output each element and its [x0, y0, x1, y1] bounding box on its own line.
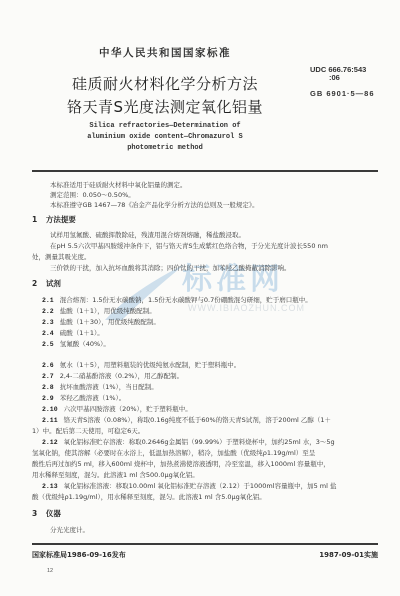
reagent-item: 2.72,4-二硝基酚溶液（0.2%），用乙醇配制。 — [32, 371, 183, 380]
reagent-item: 2.12氧化铝标准贮存溶液：称取0.2646g金属铝（99.99%）于塑料烧杯中… — [32, 437, 335, 446]
reagent-item-continuation: 酸性后再过加约5 ml，移入600ml 烧杯中，加热煮沸使溶液透明，冷至室温，移… — [32, 459, 330, 468]
section-1-p2b: 处，测量其吸光度。 — [32, 252, 91, 261]
reagent-item: 2.1混合熔剂：1.5份无水碳酸钠，1.5份无水碳酸钾与0.7份硼酸混匀研细，贮… — [32, 295, 312, 304]
reagent-item: 2.8抗坏血酸溶液（1%），当日配制。 — [32, 382, 158, 391]
reagent-item-continuation: 用水稀释至刻度，混匀。此溶液1 ml 含500.0μg氧化铝。 — [32, 470, 199, 479]
reagent-item: 2.11铬天青S溶液（0.08%），称取0.16g纯度不低于60%的铬天青S试剂… — [32, 415, 331, 424]
section-3-heading: 3 仪器 — [32, 508, 61, 519]
reagent-item: 2.10六次甲基四胺溶液（20%），贮于塑料瓶中。 — [32, 404, 192, 413]
section-3-p1: 分光光度计。 — [32, 525, 89, 534]
section-1-p1: 试样用氢氟酸、硫酸挥散除硅，残渣用混合熔剂熔融，稀盐酸浸取。 — [32, 230, 245, 239]
reagent-item: 2.6氨水（1＋5），用塑料瓶装的优级纯氨水配制，贮于塑料瓶中。 — [32, 360, 240, 369]
section-1-title: 方法提要 — [46, 215, 76, 224]
document-body: 本标准适用于硅质耐火材料中氧化铝量的测定。 测定范围：0.050～0.50%。 … — [32, 0, 382, 596]
reagent-item-continuation: 氢氧化钠，使其溶解（必要时在水浴上，低温加热溶解），稍冷，加盐酸（优级纯ρ1.1… — [32, 448, 315, 457]
reagent-item: 2.5氢氟酸（40%）。 — [32, 339, 110, 348]
reagent-item: 2.3盐酸（1＋30），用优级纯酸配制。 — [32, 317, 160, 326]
section-1-p2a: 在pH 5.5六次甲基四胺缓冲条件下，铝与铬天青S生成紫红色络合物，于分光光度计… — [32, 241, 328, 250]
reagent-item-continuation: 酸（优级纯ρ1.19g/ml），用水稀释至刻度，混匀。此溶液1 ml 含5.0μ… — [32, 492, 266, 501]
reagent-item-continuation: 1）中。配后第二天使用，可稳定6天。 — [32, 426, 144, 435]
reagent-item: 2.2盐酸（1＋1），用优级纯酸配制。 — [32, 306, 156, 315]
page-number: 12 — [47, 568, 53, 574]
section-1-p3: 三价铁的干扰，加入抗坏血酸将其消除；四价钛的干扰，加苯羟乙酸掩蔽消除影响。 — [32, 263, 291, 272]
issue-date: 国家标准局1986-09-16发布 — [32, 550, 126, 560]
section-2-number: 2 — [32, 279, 37, 288]
section-2-title: 试剂 — [46, 279, 61, 288]
footer-divider — [32, 543, 378, 545]
section-3-title: 仪器 — [46, 509, 61, 518]
section-2-heading: 2 试剂 — [32, 278, 61, 289]
compliance-text: 本标准遵守GB 1467—78《冶金产品化学分析方法的总则及一般规定》。 — [32, 200, 259, 209]
section-1-number: 1 — [32, 215, 37, 224]
effective-date: 1987-09-01实施 — [319, 550, 378, 560]
section-1-heading: 1 方法提要 — [32, 214, 76, 225]
reagent-item: 2.9苯羟乙酸溶液（1%）。 — [32, 393, 125, 402]
section-3-number: 3 — [32, 509, 37, 518]
scope-text: 本标准适用于硅质耐火材料中氧化铝量的测定。 — [32, 180, 187, 189]
reagent-item: 2.13氧化铝标准溶液：移取10.00ml 氧化铝标准贮存溶液（2.12）于10… — [32, 481, 336, 490]
reagent-item: 2.4硫酸（1＋1）。 — [32, 328, 104, 337]
range-text: 测定范围：0.050～0.50%。 — [32, 190, 135, 199]
